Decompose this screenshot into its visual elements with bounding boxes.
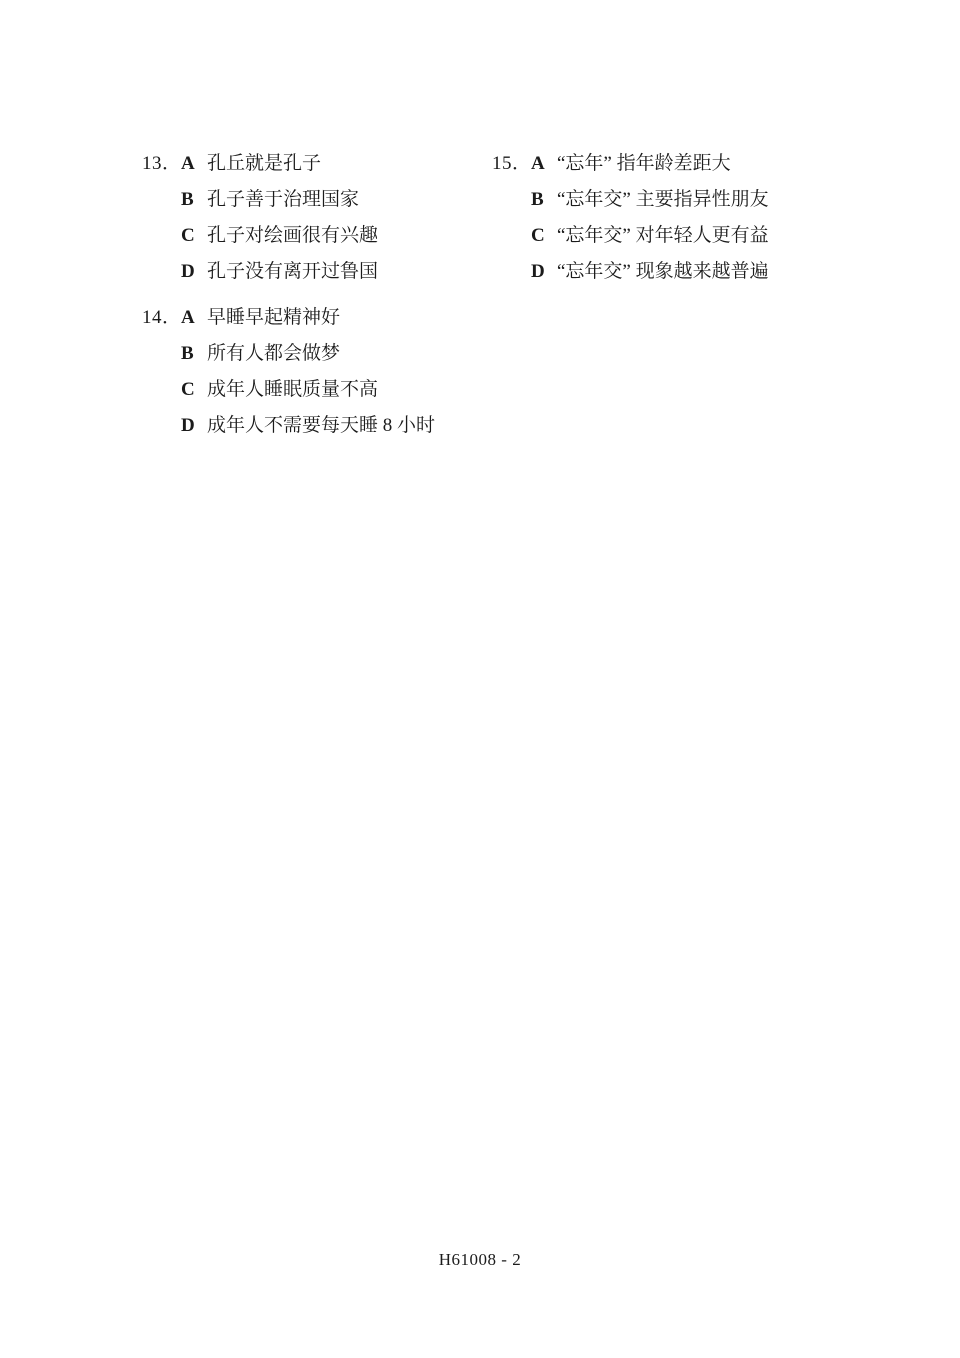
- option-letter: D: [181, 254, 207, 290]
- option-text: “忘年交” 对年轻人更有益: [557, 218, 769, 254]
- question-14-option-b: B 所有人都会做梦: [142, 336, 487, 372]
- right-column: 15． A “忘年” 指年龄差距大 B “忘年交” 主要指异性朋友 C “忘年交…: [492, 146, 912, 290]
- question-13: 13． A 孔丘就是孔子 B 孔子善于治理国家 C 孔子对绘画很有兴趣 D 孔子…: [142, 146, 487, 290]
- page-footer: H61008 - 2: [0, 1250, 960, 1270]
- question-number: 13．: [142, 146, 181, 182]
- question-15-option-d: D “忘年交” 现象越来越普遍: [492, 254, 912, 290]
- option-text: 早睡早起精神好: [207, 300, 340, 336]
- question-15-option-c: C “忘年交” 对年轻人更有益: [492, 218, 912, 254]
- question-13-option-c: C 孔子对绘画很有兴趣: [142, 218, 487, 254]
- option-letter: D: [181, 408, 207, 444]
- option-letter: B: [181, 182, 207, 218]
- question-number: 15．: [492, 146, 531, 182]
- option-text: 孔子善于治理国家: [207, 182, 359, 218]
- question-14-option-c: C 成年人睡眠质量不高: [142, 372, 487, 408]
- option-text: “忘年交” 主要指异性朋友: [557, 182, 769, 218]
- option-text: “忘年” 指年龄差距大: [557, 146, 731, 182]
- question-14-option-a: 14． A 早睡早起精神好: [142, 300, 487, 336]
- option-text: 成年人不需要每天睡 8 小时: [207, 408, 435, 444]
- question-number: 14．: [142, 300, 181, 336]
- option-text: 成年人睡眠质量不高: [207, 372, 378, 408]
- option-text: 孔子对绘画很有兴趣: [207, 218, 378, 254]
- question-15-option-a: 15． A “忘年” 指年龄差距大: [492, 146, 912, 182]
- exam-page: 13． A 孔丘就是孔子 B 孔子善于治理国家 C 孔子对绘画很有兴趣 D 孔子…: [0, 0, 960, 1358]
- question-14: 14． A 早睡早起精神好 B 所有人都会做梦 C 成年人睡眠质量不高 D 成年…: [142, 300, 487, 444]
- option-letter: C: [531, 218, 557, 254]
- option-letter: A: [531, 146, 557, 182]
- option-letter: B: [531, 182, 557, 218]
- option-letter: C: [181, 218, 207, 254]
- question-15-option-b: B “忘年交” 主要指异性朋友: [492, 182, 912, 218]
- left-column: 13． A 孔丘就是孔子 B 孔子善于治理国家 C 孔子对绘画很有兴趣 D 孔子…: [142, 146, 487, 444]
- question-15: 15． A “忘年” 指年龄差距大 B “忘年交” 主要指异性朋友 C “忘年交…: [492, 146, 912, 290]
- option-letter: D: [531, 254, 557, 290]
- question-13-option-b: B 孔子善于治理国家: [142, 182, 487, 218]
- option-letter: A: [181, 300, 207, 336]
- option-text: 孔丘就是孔子: [207, 146, 321, 182]
- option-letter: C: [181, 372, 207, 408]
- option-letter: A: [181, 146, 207, 182]
- question-14-option-d: D 成年人不需要每天睡 8 小时: [142, 408, 487, 444]
- question-13-option-a: 13． A 孔丘就是孔子: [142, 146, 487, 182]
- option-text: 孔子没有离开过鲁国: [207, 254, 378, 290]
- question-13-option-d: D 孔子没有离开过鲁国: [142, 254, 487, 290]
- option-text: “忘年交” 现象越来越普遍: [557, 254, 769, 290]
- option-letter: B: [181, 336, 207, 372]
- option-text: 所有人都会做梦: [207, 336, 340, 372]
